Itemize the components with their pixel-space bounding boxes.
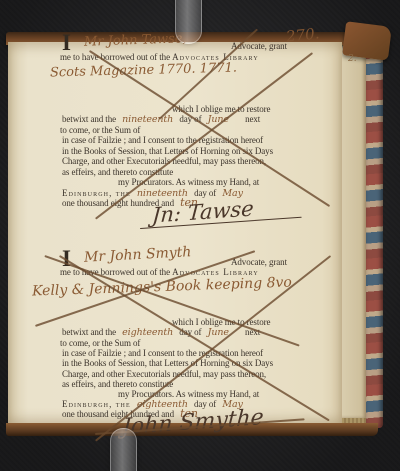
book-strap-top <box>175 0 202 44</box>
form-borrowed-line: me to have borrowed out of the <box>60 267 170 277</box>
entry-1-dropcap-i: I <box>62 33 71 53</box>
form-failzie-line3: Charge, and other Executorials needful, … <box>62 369 266 379</box>
form-next-word: next <box>245 114 260 124</box>
form-edinburgh-prefix: Edinburgh, the <box>62 188 131 198</box>
marbled-page-edge <box>366 48 383 428</box>
photo-of-register-page: 2. 270. I Mr John Tawse, Advocate, grant… <box>0 0 400 471</box>
form-to-come-line: to come, or the Sum of <box>60 338 140 348</box>
form-to-come-line: to come, or the Sum of <box>60 125 140 135</box>
page-number: 270. <box>285 24 320 45</box>
form-failzie-line4: as effeirs, and thereto constitute <box>62 379 173 389</box>
form-advocate-grant: Advocate, grant <box>231 257 287 267</box>
form-borrowed-line: me to have borrowed out of the <box>60 52 170 62</box>
form-procurators-line: my Procurators. As witness my Hand, at <box>118 389 259 399</box>
form-betwixt-prefix: betwixt and the <box>62 327 116 337</box>
entry-2-return-day: eighteenth <box>122 327 173 338</box>
form-failzie-line1: in case of Failzie ; and I consent to th… <box>62 348 263 358</box>
book-strap-bottom <box>110 428 137 471</box>
form-betwixt-prefix: betwixt and the <box>62 114 116 124</box>
entry-1-return-day: nineteenth <box>122 114 173 125</box>
form-edinburgh-prefix: Edinburgh, the <box>62 399 131 409</box>
behind-page-number: 2. <box>348 54 357 64</box>
